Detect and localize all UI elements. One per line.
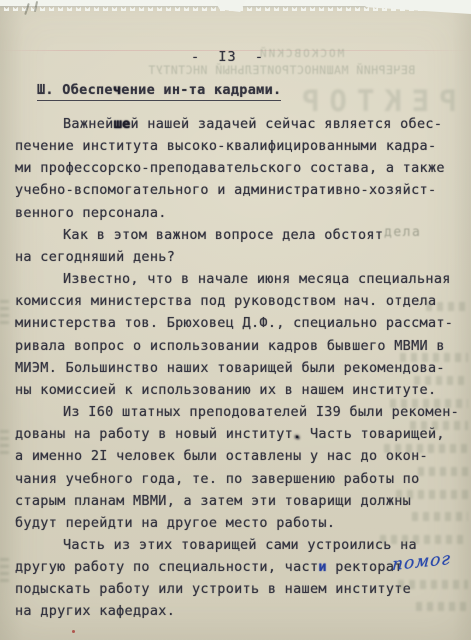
red-speck <box>72 630 75 633</box>
bleedthrough-smudge <box>380 535 468 544</box>
text-line: МИЭМ. Большинство наших товарищей были р… <box>15 357 465 379</box>
bleedthrough-header-text: ВЕЧЕРНИЙ МАШИНОСТРОИТЕЛЬНЫЙ ИНСТИТУТ <box>148 63 415 77</box>
text-segment: й нашей задачей сейчас является обес- <box>130 116 442 132</box>
section-heading: Ш. Обеспечение ин-та кадрами. <box>37 82 281 101</box>
text-segment: Ш. Обеспе <box>37 82 113 98</box>
bleedthrough-smudge <box>0 296 9 324</box>
bleedthrough-smudge <box>414 376 468 385</box>
bleedthrough-smudge <box>400 353 468 362</box>
text-line: на других кафедрах. <box>15 600 465 622</box>
text-line: венного персонала. <box>15 202 465 224</box>
bleedthrough-smudge <box>416 602 468 611</box>
text-segment: министерства тов. Брюховец Д.Ф., специал… <box>15 315 453 331</box>
text-segment: венного персонала. <box>15 205 167 221</box>
text-line: комиссия министерства под руководством н… <box>15 290 465 312</box>
text-segment: на сегодняший день? <box>15 249 175 265</box>
text-segment: а именно 2I человек были оставлены у нас… <box>15 448 428 464</box>
text-line: на сегодняший день? <box>15 246 465 268</box>
text-line: Известно, что в начале июня месяца специ… <box>15 268 465 290</box>
bleedthrough-smudge <box>0 430 9 454</box>
document-body: Важнейшей нашей задачей сейчас является … <box>15 113 465 623</box>
bleedthrough-smudge <box>390 399 468 408</box>
bleedthrough-smudge <box>412 512 468 521</box>
text-segment: ми профессорско-преподавательского соста… <box>15 160 445 176</box>
text-segment: Часть из этих товарищей сами устроились … <box>63 537 417 553</box>
text-line: ривала вопрос о использовании кадров быв… <box>15 335 465 357</box>
text-segment: Как в этом важном вопросе дела обстоят <box>63 227 383 243</box>
bleedthrough-smudge <box>398 580 468 589</box>
bleedthrough-smudge <box>0 556 9 582</box>
page-number: - I3 - <box>191 49 264 65</box>
text-line: учебно-вспомогательного и административн… <box>15 179 465 201</box>
text-line: ми профессорско-преподавательского соста… <box>15 157 465 179</box>
text-line: печение института высоко-квалифицированн… <box>15 135 465 157</box>
text-line: чания учебного года, те. по завершению р… <box>15 468 465 490</box>
text-segment: печение института высоко-квалифицированн… <box>15 138 436 154</box>
text-segment: Важней <box>63 116 114 132</box>
text-segment: на других кафедрах. <box>15 603 175 619</box>
bleedthrough-smudge <box>396 490 468 499</box>
bleedthrough-smudge <box>410 421 468 430</box>
text-segment: Известно, что в начале июня месяца специ… <box>63 271 451 287</box>
torn-paper-edge-corner <box>353 0 471 14</box>
text-segment: МИЭМ. Большинство наших товарищей были р… <box>15 360 445 376</box>
text-segment: другую работу по специальности, част <box>15 559 318 575</box>
text-line: Как в этом важном вопросе дела обстоят <box>15 224 465 246</box>
text-segment: ны комиссией к использованию их в нашем … <box>15 382 436 398</box>
text-line: ны комиссией к использованию их в нашем … <box>15 379 465 401</box>
bleedthrough-header-text: МОСКОВСКИЙ <box>258 47 344 60</box>
text-segment: дованы на работу в новый институт <box>15 426 293 442</box>
text-segment: учебно-вспомогательного и административн… <box>15 182 436 198</box>
text-segment: ривала вопрос о использовании кадров быв… <box>15 338 445 354</box>
bleedthrough-smudge <box>384 444 468 453</box>
text-segment: комиссия министерства под руководством н… <box>15 293 436 309</box>
text-segment: подыскать работу или устроить в нашем ин… <box>15 581 411 597</box>
text-line: министерства тов. Брюховец Д.Ф., специал… <box>15 312 465 334</box>
text-segment: будут перейдти на другое место работы. <box>15 515 335 531</box>
scanned-document-page: МОСКОВСКИЙ ВЕЧЕРНИЙ МАШИНОСТРОИТЕЛЬНЫЙ И… <box>0 0 471 640</box>
text-line: дованы на работу в новый институт. Часть… <box>15 423 465 445</box>
text-segment: чания учебного года, те. по завершению р… <box>15 471 420 487</box>
bleedthrough-smudge <box>426 302 468 311</box>
text-segment: . <box>293 426 301 442</box>
text-segment: старым планам МВМИ, а затем эти товарищи… <box>15 493 411 509</box>
text-line: будут перейдти на другое место работы. <box>15 512 465 534</box>
bleedthrough-smudge <box>418 467 468 476</box>
text-line: Важнейшей нашей задачей сейчас является … <box>15 113 465 135</box>
text-segment: ение ин-та кадрами. <box>121 82 281 98</box>
text-segment: ше <box>114 116 131 132</box>
text-segment: и <box>318 559 326 575</box>
